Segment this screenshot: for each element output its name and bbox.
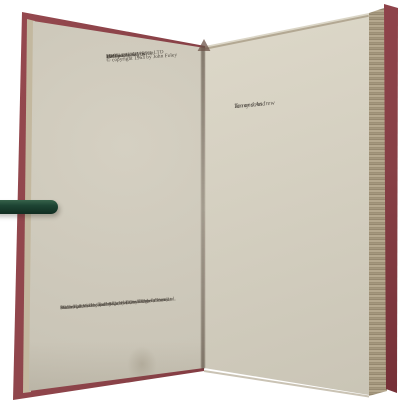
bookmark-ribbon: [0, 200, 58, 214]
book-photo: First published by MICHAEL JOSEPH LTD 26…: [0, 0, 416, 416]
gutter-shadow: [201, 46, 205, 369]
page-stain: [127, 346, 157, 382]
